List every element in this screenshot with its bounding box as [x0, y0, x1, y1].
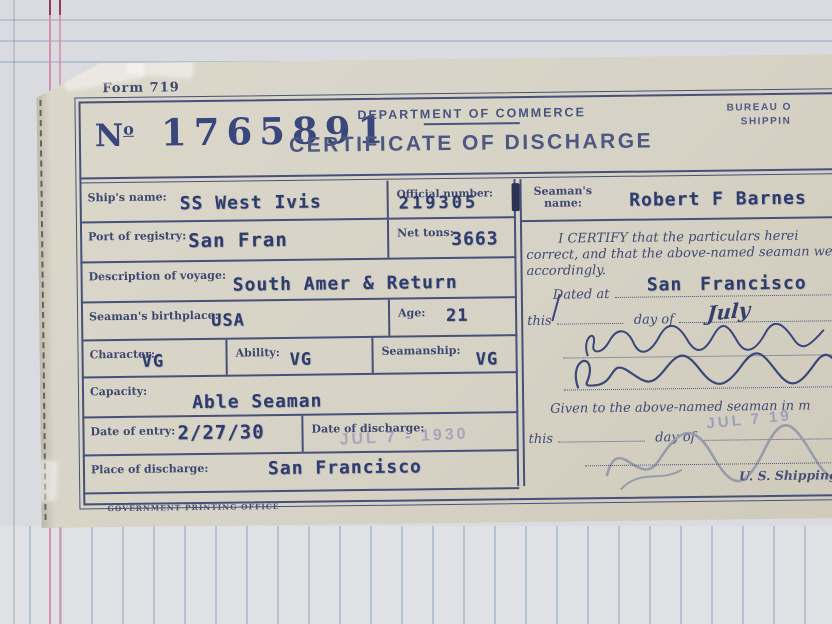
character-value: VG — [142, 351, 165, 371]
field-date-of-discharge: Date of discharge: JUL 7 - 1930 — [301, 413, 518, 452]
department-heading: DEPARTMENT OF COMMERCE — [337, 105, 607, 126]
table-row: Place of discharge: San Francisco — [83, 451, 519, 494]
table-row: Date of entry: 2/27/30 Date of discharge… — [82, 413, 518, 456]
tape-piece — [34, 461, 56, 500]
field-age: Age: 21 — [388, 298, 517, 336]
form-number: Form 719 — [102, 80, 180, 96]
shipping-commissioner-caption: U. S. Shipping C — [739, 467, 832, 483]
table-row: Character: VG Ability: VG Seamanship: VG — [81, 336, 517, 378]
certificate-title: CERTIFICATE OF DISCHARGE — [289, 129, 653, 157]
notebook-ruling-bottom — [0, 526, 832, 624]
notebook-ruling-top — [0, 0, 832, 64]
certify-line3: accordingly. — [526, 263, 606, 279]
table-row: Port of registry: San Fran Net tons: 366… — [80, 218, 516, 263]
age-value: 21 — [446, 306, 469, 326]
field-seamans-name: Seaman's name: Robert F Barnes — [534, 183, 807, 212]
dotted-line — [557, 311, 623, 325]
photo-of-certificate: Form 719 No 1765891 DEPARTMENT OF COMMER… — [0, 0, 832, 624]
dotted-line — [679, 308, 832, 323]
seamans-name-value: Robert F Barnes — [629, 188, 807, 211]
dated-at-value: San Francisco — [647, 273, 807, 296]
net-tons-value: 3663 — [451, 228, 499, 250]
port-of-registry-value: San Fran — [188, 229, 288, 252]
capacity-value: Able Seaman — [192, 391, 322, 414]
date-of-entry-value: 2/27/30 — [177, 421, 264, 444]
official-number-value: 219305 — [399, 193, 479, 214]
voyage-value: South Amer & Return — [233, 272, 458, 296]
signature-commissioner — [600, 416, 832, 497]
field-date-of-entry: Date of entry: 2/27/30 — [82, 416, 301, 455]
ability-value: VG — [290, 350, 313, 370]
notebook-margin-line-dark — [49, 0, 61, 15]
birthplace-value: USA — [211, 310, 245, 330]
table-row: Seaman's birthplace: USA Age: 21 — [81, 298, 517, 341]
field-official-number: Official number: 219305 — [386, 179, 515, 218]
ships-name-value: SS West Ivis — [180, 192, 322, 215]
paper-crease — [13, 0, 15, 624]
field-seamanship: Seamanship: VG — [371, 336, 517, 373]
ink-blot — [511, 183, 519, 211]
place-of-discharge-value: San Francisco — [268, 456, 422, 479]
field-place-of-discharge: Place of discharge: San Francisco — [83, 451, 519, 492]
bureau-heading: BUREAU O SHIPPIN — [727, 101, 793, 130]
particulars-table: Ship's name: SS West Ivis Official numbe… — [79, 179, 519, 494]
table-row: Capacity: Able Seaman — [82, 373, 518, 418]
table-row: Ship's name: SS West Ivis Official numbe… — [79, 179, 515, 223]
printing-office-imprint: GOVERNMENT PRINTING OFFICE — [107, 502, 279, 513]
field-voyage: Description of voyage: South Amer & Retu… — [80, 258, 516, 301]
dated-at-line: Dated at San Francisco — [553, 279, 832, 303]
table-row: Description of voyage: South Amer & Retu… — [80, 258, 516, 303]
field-capacity: Capacity: Able Seaman — [82, 373, 518, 416]
field-birthplace: Seaman's birthplace: USA — [81, 300, 388, 340]
certificate-of-discharge: Form 719 No 1765891 DEPARTMENT OF COMMER… — [36, 54, 832, 528]
seamanship-value: VG — [476, 349, 499, 369]
field-net-tons: Net tons: 3663 — [387, 218, 516, 258]
field-ability: Ability: VG — [225, 338, 371, 375]
handwritten-month: July — [706, 297, 751, 326]
field-port-of-registry: Port of registry: San Fran — [80, 220, 387, 262]
field-character: Character: VG — [81, 340, 225, 377]
field-ships-name: Ship's name: SS West Ivis — [79, 181, 386, 222]
